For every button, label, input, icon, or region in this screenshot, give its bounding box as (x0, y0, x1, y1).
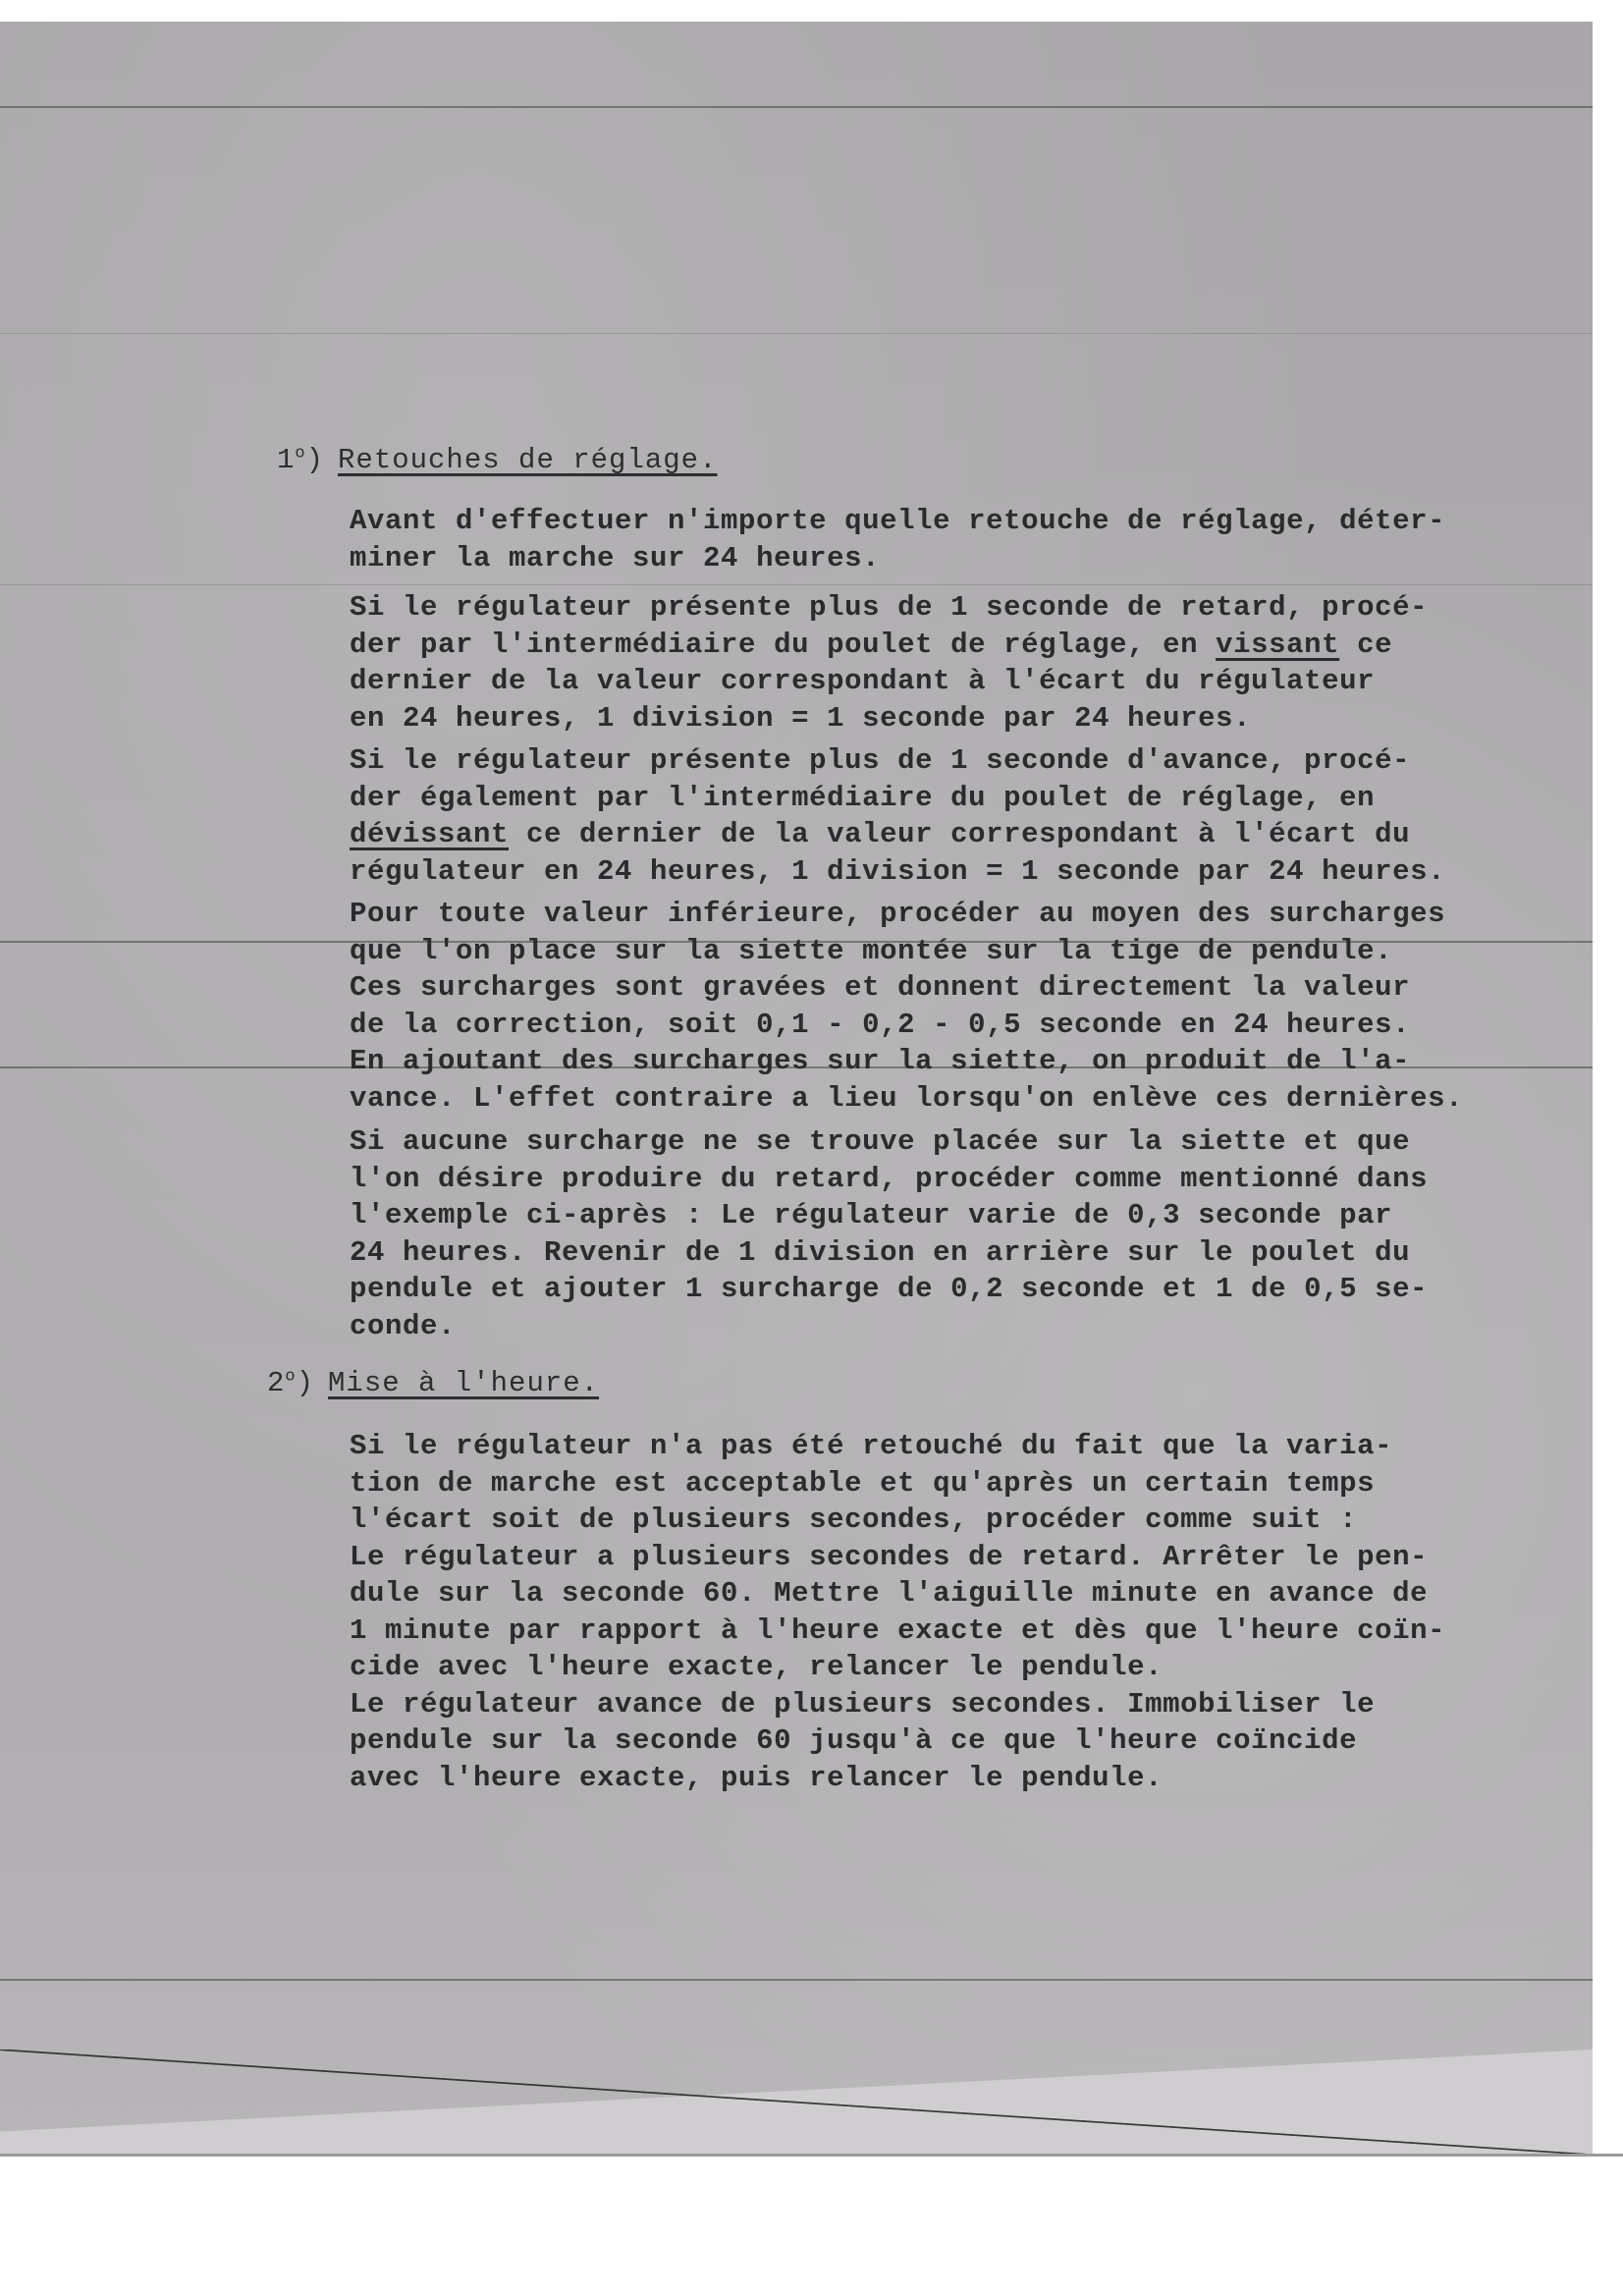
text-line: pendule sur la seconde 60 jusqu'à ce que… (350, 1722, 1528, 1760)
text-line: Avant d'effectuer n'importe quelle retou… (350, 503, 1528, 540)
text-line: dule sur la seconde 60. Mettre l'aiguill… (350, 1575, 1528, 1613)
fold-crease (0, 584, 1593, 585)
text-line: En ajoutant des surcharges sur la siette… (350, 1043, 1528, 1080)
fold-crease (0, 333, 1593, 334)
paragraph: Si le régulateur n'a pas été retouché du… (350, 1428, 1528, 1796)
text-line: en 24 heures, 1 division = 1 seconde par… (350, 700, 1528, 738)
text-line: tion de marche est acceptable et qu'aprè… (350, 1465, 1528, 1503)
underlined-word: vissant (1216, 629, 1339, 661)
text-line: der également par l'intermédiaire du pou… (350, 780, 1528, 817)
tear-edge (0, 2050, 1593, 2155)
text-line: Le régulateur a plusieurs secondes de re… (350, 1539, 1528, 1576)
section-title: Mise à l'heure. (328, 1367, 599, 1399)
scan-edge (0, 2154, 1623, 2157)
text-line: dernier de la valeur correspondant à l'é… (350, 663, 1528, 700)
section-heading-2: 2o)Mise à l'heure. (267, 1367, 599, 1399)
paragraph: Si aucune surcharge ne se trouve placée … (350, 1123, 1528, 1344)
text-line: Si le régulateur présente plus de 1 seco… (350, 589, 1528, 627)
paragraph: Pour toute valeur inférieure, procéder a… (350, 896, 1528, 1117)
text-line: que l'on place sur la siette montée sur … (350, 933, 1528, 970)
text-line: Si le régulateur n'a pas été retouché du… (350, 1428, 1528, 1465)
text-line: 24 heures. Revenir de 1 division en arri… (350, 1234, 1528, 1272)
section-heading-1: 1o)Retouches de réglage. (277, 444, 717, 476)
paragraph: Avant d'effectuer n'importe quelle retou… (350, 503, 1528, 576)
fold-crease (0, 1979, 1593, 1981)
text-line: dévissant ce dernier de la valeur corres… (350, 816, 1528, 853)
text-line: conde. (350, 1308, 1528, 1345)
text-line: 1 minute par rapport à l'heure exacte et… (350, 1613, 1528, 1650)
text-line: pendule et ajouter 1 surcharge de 0,2 se… (350, 1271, 1528, 1308)
text-line: Pour toute valeur inférieure, procéder a… (350, 896, 1528, 933)
text-line: l'on désire produire du retard, procéder… (350, 1161, 1528, 1198)
underlined-word: dévissant (350, 818, 509, 850)
paragraph: Si le régulateur présente plus de 1 seco… (350, 742, 1528, 890)
text-line: Le régulateur avance de plusieurs second… (350, 1686, 1528, 1723)
text-line: l'exemple ci-après : Le régulateur varie… (350, 1197, 1528, 1234)
fold-crease (0, 106, 1593, 108)
text-line: Si aucune surcharge ne se trouve placée … (350, 1123, 1528, 1161)
section-number: 2o) (267, 1367, 314, 1399)
text-line: de la correction, soit 0,1 - 0,2 - 0,5 s… (350, 1007, 1528, 1044)
text-line: avec l'heure exacte, puis relancer le pe… (350, 1760, 1528, 1797)
text-line: Si le régulateur présente plus de 1 seco… (350, 742, 1528, 780)
text-line: régulateur en 24 heures, 1 division = 1 … (350, 853, 1528, 891)
section-title: Retouches de réglage. (338, 444, 717, 476)
text-line: cide avec l'heure exacte, relancer le pe… (350, 1649, 1528, 1686)
text-line: Ces surcharges sont gravées et donnent d… (350, 969, 1528, 1007)
text-line: l'écart soit de plusieurs secondes, proc… (350, 1502, 1528, 1539)
paragraph: Si le régulateur présente plus de 1 seco… (350, 589, 1528, 737)
text-line: vance. L'effet contraire a lieu lorsqu'o… (350, 1080, 1528, 1118)
text-line: der par l'intermédiaire du poulet de rég… (350, 627, 1528, 664)
text-line: miner la marche sur 24 heures. (350, 540, 1528, 577)
section-number: 1o) (277, 444, 324, 476)
